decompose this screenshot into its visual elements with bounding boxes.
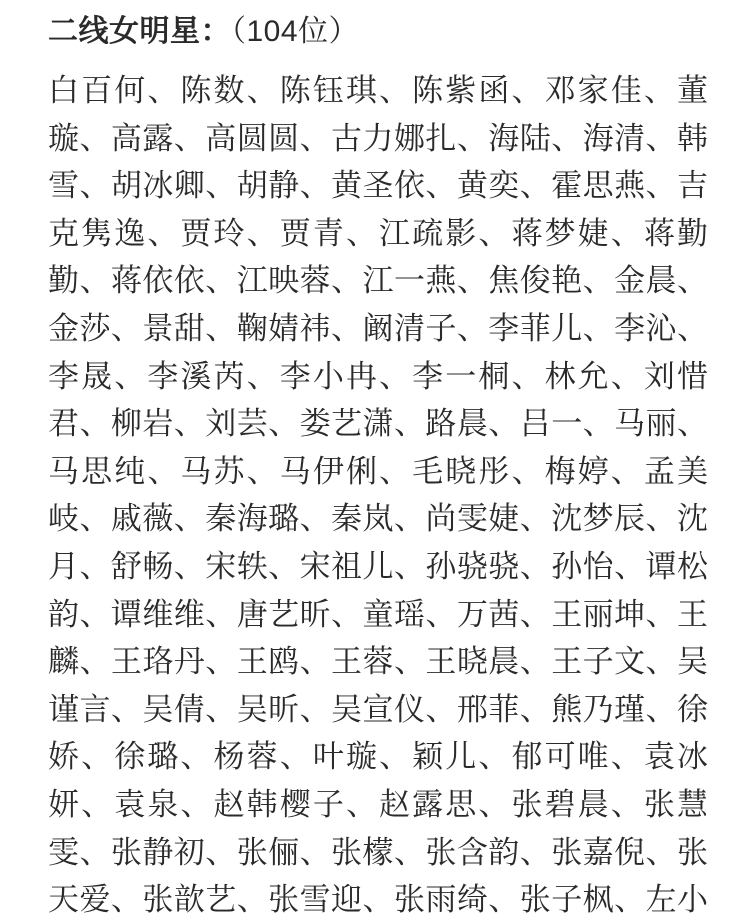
list-line: 麟、王珞丹、王鸥、王蓉、王晓晨、王子文、吴 [48,638,708,686]
list-line: 岐、戚薇、秦海璐、秦岚、尚雯婕、沈梦辰、沈 [48,495,708,543]
list-line: 马思纯、马苏、马伊俐、毛晓彤、梅婷、孟美 [48,448,708,496]
title-count: （104位） [231,15,359,48]
list-line: 李晟、李溪芮、李小冉、李一桐、林允、刘惜 [48,353,708,401]
list-line: 韵、谭维维、唐艺昕、童瑶、万茜、王丽坤、王 [48,591,708,639]
list-line: 君、柳岩、刘芸、娄艺潇、路晨、吕一、马丽、 [48,400,708,448]
list-line: 月、舒畅、宋轶、宋祖儿、孙骁骁、孙怡、谭松 [48,543,708,591]
page-title: 二线女明星：（104位） [48,14,708,50]
list-line: 天爱、张歆艺、张雪迎、张雨绮、张子枫、左小 [48,876,708,922]
list-line: 金莎、景甜、鞠婧祎、阚清子、李菲儿、李沁、 [48,305,708,353]
list-line: 谨言、吴倩、吴昕、吴宣仪、邢菲、熊乃瑾、徐 [48,686,708,734]
document-page: 二线女明星：（104位） 白百何、陈数、陈钰琪、陈紫函、邓家佳、董 璇、高露、高… [0,0,750,922]
list-line: 璇、高露、高圆圆、古力娜扎、海陆、海清、韩 [48,115,708,163]
list-line: 妍、袁泉、赵韩樱子、赵露思、张碧晨、张慧 [48,781,708,829]
list-line: 勤、蒋依依、江映蓉、江一燕、焦俊艳、金晨、 [48,257,708,305]
list-line: 雯、张静初、张俪、张檬、张含韵、张嘉倪、张 [48,829,708,877]
title-text: 二线女明星： [48,15,231,48]
list-line: 白百何、陈数、陈钰琪、陈紫函、邓家佳、董 [48,67,708,115]
list-line: 雪、胡冰卿、胡静、黄圣依、黄奕、霍思燕、吉 [48,162,708,210]
star-list: 白百何、陈数、陈钰琪、陈紫函、邓家佳、董 璇、高露、高圆圆、古力娜扎、海陆、海清… [48,67,708,922]
list-line: 娇、徐璐、杨蓉、叶璇、颖儿、郁可唯、袁冰 [48,733,708,781]
list-line: 克隽逸、贾玲、贾青、江疏影、蒋梦婕、蒋勤 [48,210,708,258]
